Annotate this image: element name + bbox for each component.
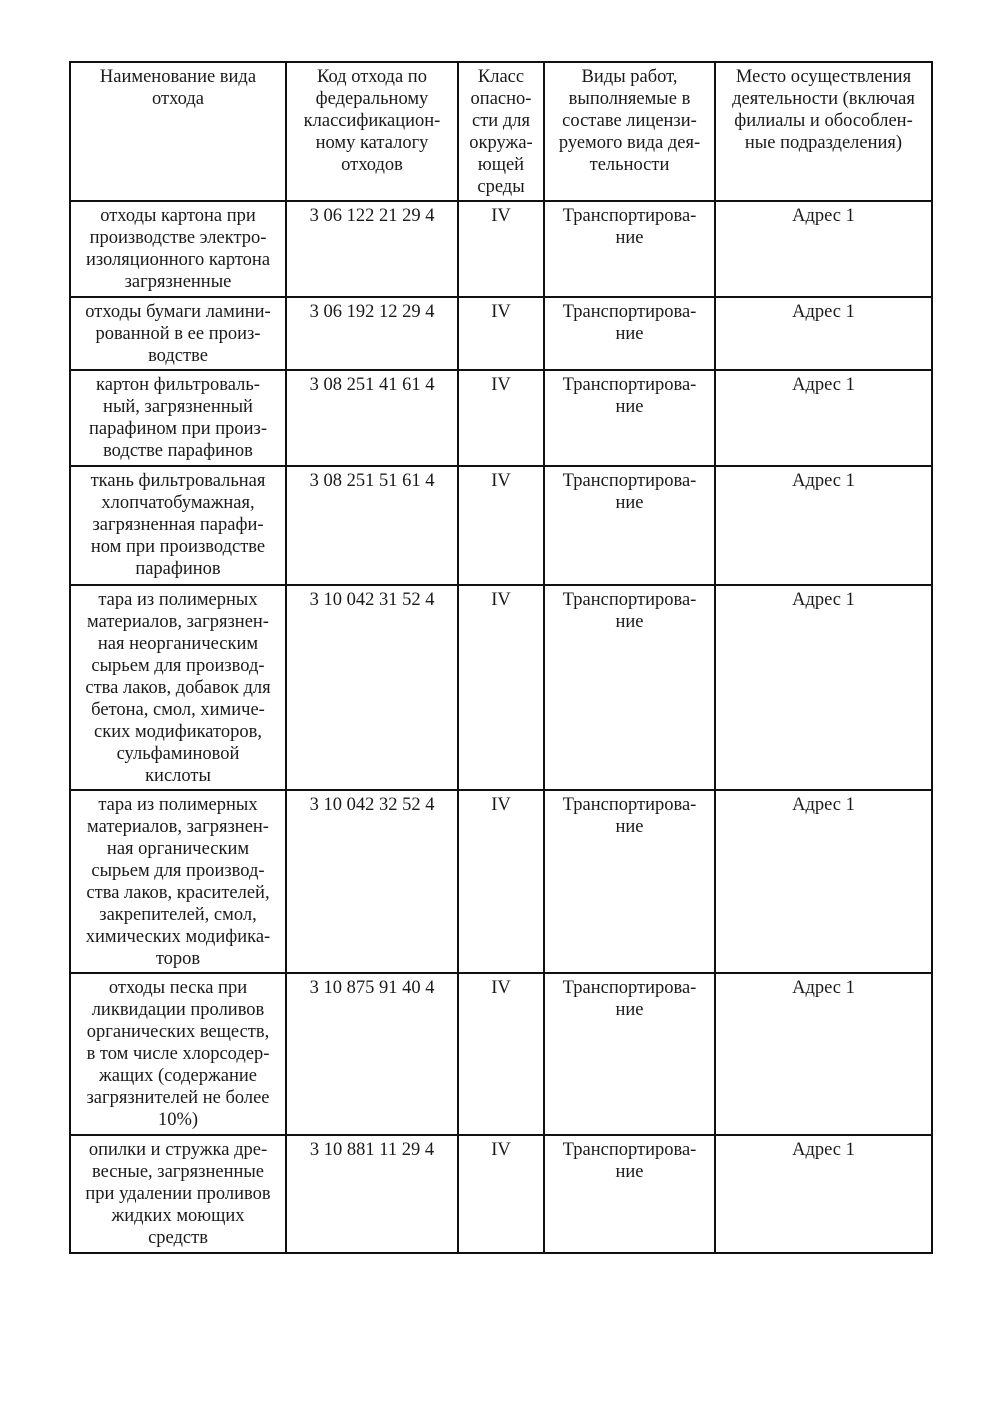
cell-location: Адрес 1	[715, 1135, 932, 1253]
cell-work-type: Транспортирова- ние	[544, 973, 715, 1135]
cell-hazard-class: IV	[458, 1135, 544, 1253]
cell-waste-name: отходы песка при ликвидации проливов орг…	[70, 973, 286, 1135]
waste-table: Наименование вида отхода Код отхода по ф…	[69, 61, 933, 1254]
cell-waste-name: ткань фильтровальная хлопчатобумажная, з…	[70, 466, 286, 585]
table-row: отходы бумаги ламини- рованной в ее прои…	[70, 297, 932, 370]
table-header-row: Наименование вида отхода Код отхода по ф…	[70, 62, 932, 201]
cell-work-type: Транспортирова- ние	[544, 201, 715, 297]
header-hazard-class: Класс опасно- сти для окружа- ющей среды	[458, 62, 544, 201]
cell-hazard-class: IV	[458, 790, 544, 973]
cell-location: Адрес 1	[715, 466, 932, 585]
cell-waste-name: тара из полимерных материалов, загрязнен…	[70, 585, 286, 790]
cell-work-type: Транспортирова- ние	[544, 466, 715, 585]
cell-work-type: Транспортирова- ние	[544, 585, 715, 790]
cell-work-type: Транспортирова- ние	[544, 370, 715, 466]
table-row: отходы картона при производстве электро-…	[70, 201, 932, 297]
table-row: опилки и стружка дре- весные, загрязненн…	[70, 1135, 932, 1253]
cell-hazard-class: IV	[458, 370, 544, 466]
table-row: ткань фильтровальная хлопчатобумажная, з…	[70, 466, 932, 585]
cell-waste-code: 3 08 251 41 61 4	[286, 370, 458, 466]
table-row: тара из полимерных материалов, загрязнен…	[70, 585, 932, 790]
cell-waste-code: 3 06 122 21 29 4	[286, 201, 458, 297]
cell-hazard-class: IV	[458, 466, 544, 585]
cell-waste-code: 3 10 042 32 52 4	[286, 790, 458, 973]
cell-location: Адрес 1	[715, 973, 932, 1135]
cell-location: Адрес 1	[715, 201, 932, 297]
cell-waste-name: картон фильтроваль- ный, загрязненный па…	[70, 370, 286, 466]
cell-waste-code: 3 10 875 91 40 4	[286, 973, 458, 1135]
cell-waste-code: 3 08 251 51 61 4	[286, 466, 458, 585]
cell-work-type: Транспортирова- ние	[544, 297, 715, 370]
header-location: Место осуществления деятельности (включа…	[715, 62, 932, 201]
cell-waste-name: отходы картона при производстве электро-…	[70, 201, 286, 297]
cell-waste-code: 3 10 881 11 29 4	[286, 1135, 458, 1253]
cell-waste-name: отходы бумаги ламини- рованной в ее прои…	[70, 297, 286, 370]
cell-work-type: Транспортирова- ние	[544, 1135, 715, 1253]
table-row: отходы песка при ликвидации проливов орг…	[70, 973, 932, 1135]
cell-location: Адрес 1	[715, 585, 932, 790]
cell-hazard-class: IV	[458, 297, 544, 370]
cell-location: Адрес 1	[715, 790, 932, 973]
header-waste-name: Наименование вида отхода	[70, 62, 286, 201]
cell-hazard-class: IV	[458, 201, 544, 297]
cell-location: Адрес 1	[715, 370, 932, 466]
cell-hazard-class: IV	[458, 973, 544, 1135]
header-waste-code: Код отхода по федеральному классификацио…	[286, 62, 458, 201]
header-work-type: Виды работ, выполняемые в составе лиценз…	[544, 62, 715, 201]
cell-waste-name: тара из полимерных материалов, загрязнен…	[70, 790, 286, 973]
cell-work-type: Транспортирова- ние	[544, 790, 715, 973]
cell-hazard-class: IV	[458, 585, 544, 790]
document-page: Наименование вида отхода Код отхода по ф…	[0, 0, 1000, 1415]
table-row: картон фильтроваль- ный, загрязненный па…	[70, 370, 932, 466]
table-row: тара из полимерных материалов, загрязнен…	[70, 790, 932, 973]
cell-waste-code: 3 10 042 31 52 4	[286, 585, 458, 790]
cell-waste-name: опилки и стружка дре- весные, загрязненн…	[70, 1135, 286, 1253]
cell-location: Адрес 1	[715, 297, 932, 370]
cell-waste-code: 3 06 192 12 29 4	[286, 297, 458, 370]
